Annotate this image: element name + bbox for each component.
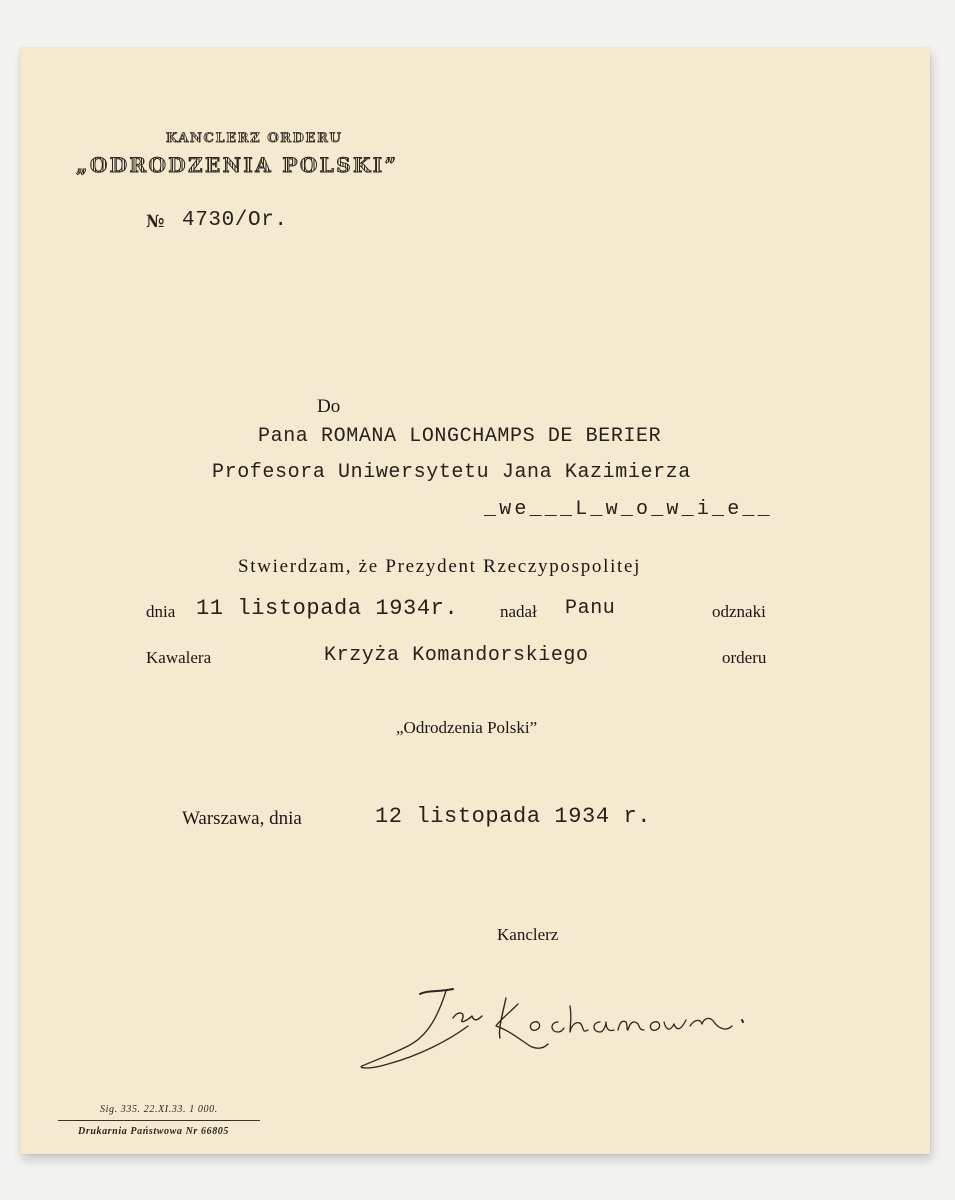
- addressee-name: Pana ROMANA LONGCHAMPS DE BERIER: [258, 425, 661, 448]
- order-name: „Odrodzenia Polski”: [396, 718, 537, 738]
- handwritten-signature: [358, 950, 758, 1094]
- body-line-2-prefix: dnia: [146, 602, 175, 622]
- document-number: 4730/Or.: [182, 209, 288, 232]
- body-line-3-prefix: Kawalera: [146, 648, 211, 668]
- dateline-prefix: Warszawa, dnia: [182, 808, 302, 830]
- signature-title: Kanclerz: [497, 925, 558, 945]
- body-line-2-suffix: odznaki: [712, 602, 766, 622]
- footer-signature-code: Sig. 335. 22.XI.33. 1 000.: [100, 1104, 218, 1115]
- footer-printer: Drukarnia Państwowa Nr 66805: [78, 1126, 229, 1137]
- body-line-2-pan: Panu: [565, 597, 615, 620]
- number-sign-icon: №: [146, 212, 164, 232]
- header-line-chancellor: KANCLERZ ORDERU: [166, 131, 342, 146]
- addressee-place: _we___L_w_o_w_i_e__: [484, 498, 773, 521]
- addressee-title: Profesora Uniwersytetu Jana Kazimierza: [212, 461, 691, 484]
- body-line-1: Stwierdzam, że Prezydent Rzeczypospolite…: [238, 556, 641, 578]
- footer-divider: [58, 1120, 260, 1121]
- award-class: Krzyża Komandorskiego: [324, 644, 589, 667]
- body-line-2-granted: nadał: [500, 602, 537, 622]
- body-line-3-suffix: orderu: [722, 648, 766, 668]
- issue-date: 12 listopada 1934 r.: [375, 804, 651, 829]
- addressee-to: Do: [317, 396, 340, 418]
- header-line-order-name: „ODRODZENIA POLSKI”: [76, 153, 398, 177]
- award-date: 11 listopada 1934r.: [196, 596, 458, 621]
